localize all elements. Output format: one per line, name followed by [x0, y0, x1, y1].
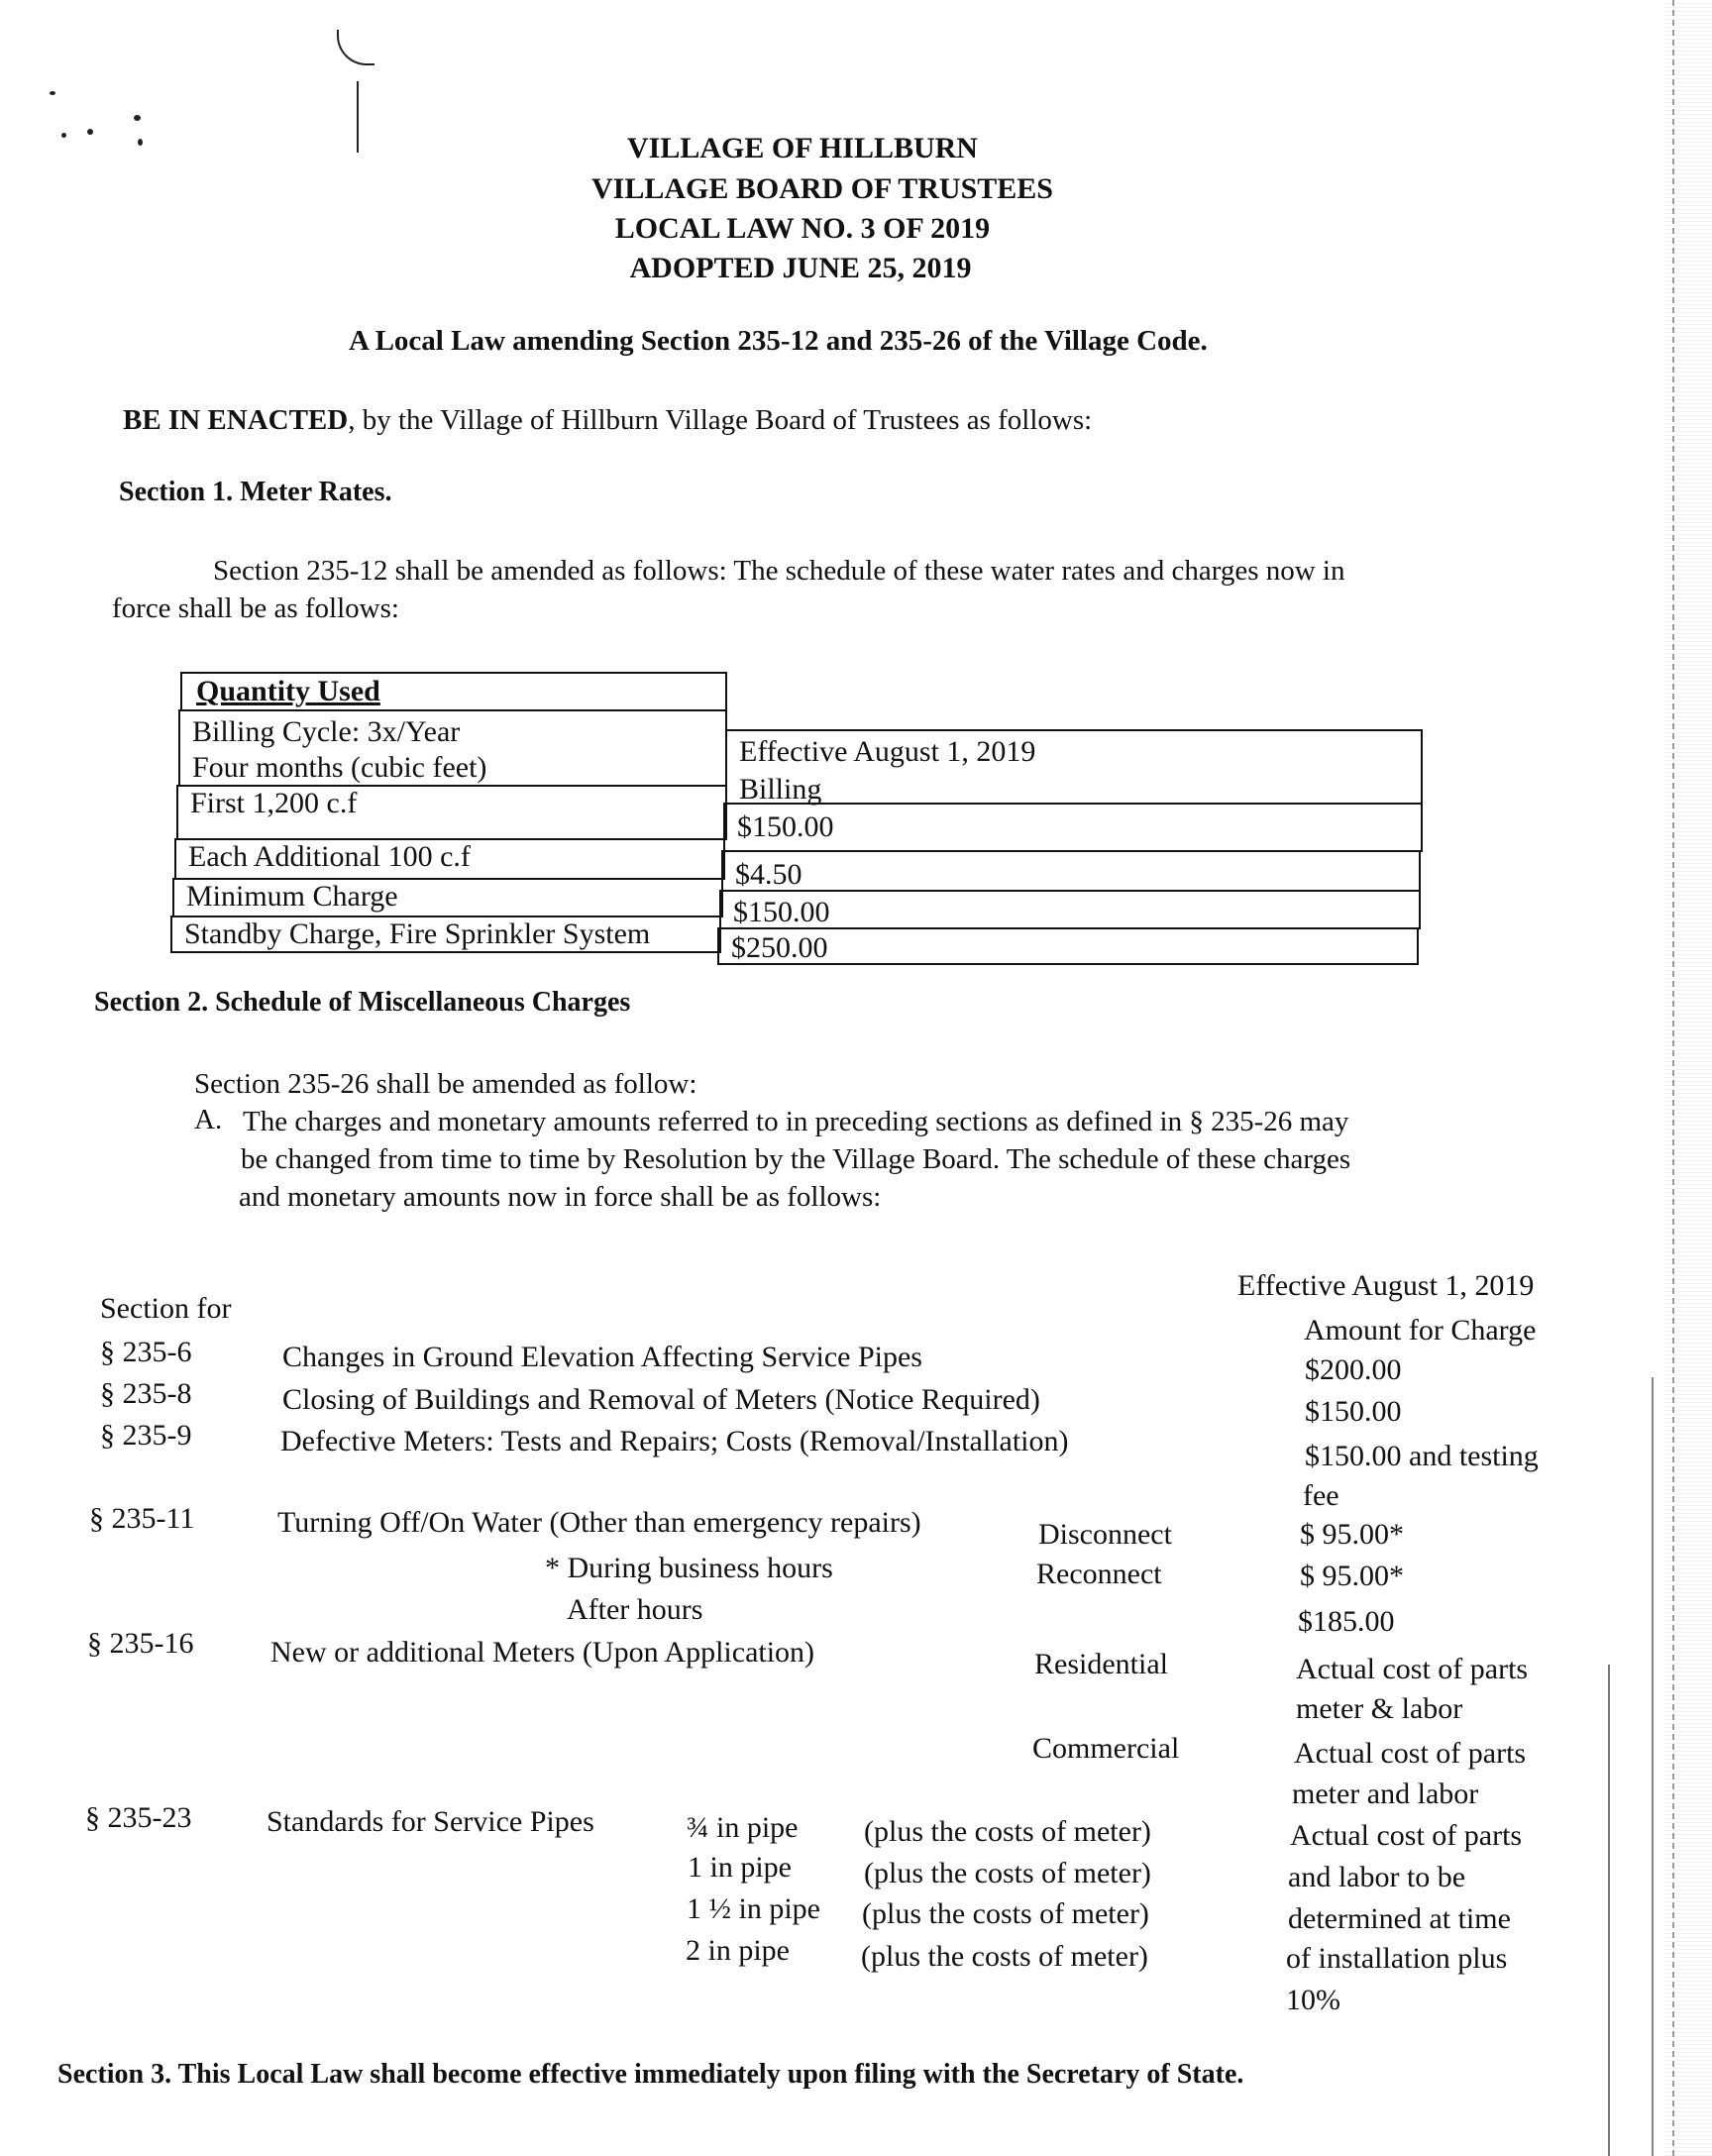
- charge-amount: of installation plus: [1286, 1944, 1507, 1974]
- charge-description: Standards for Service Pipes: [267, 1807, 594, 1837]
- charge-amount: meter and labor: [1292, 1779, 1478, 1809]
- charge-section: § 235-16: [87, 1629, 194, 1659]
- col-effective-header: Effective August 1, 2019: [1237, 1271, 1534, 1301]
- pipe-size: 1 ½ in pipe: [687, 1894, 820, 1924]
- charge-amount: and labor to be: [1288, 1863, 1465, 1892]
- charge-description: Closing of Buildings and Removal of Mete…: [282, 1385, 1040, 1415]
- table-row: Standby Charge, Fire Sprinkler System: [170, 916, 721, 953]
- charge-subnote: After hours: [567, 1595, 702, 1625]
- title-line-3: LOCAL LAW NO. 3 OF 2019: [0, 214, 1645, 244]
- scan-edge-line: [1672, 0, 1674, 2156]
- title-line-4: ADOPTED JUNE 25, 2019: [0, 254, 1643, 283]
- law-subtitle: A Local Law amending Section 235-12 and …: [349, 327, 1208, 356]
- charge-amount: $185.00: [1298, 1607, 1395, 1637]
- charge-description: Defective Meters: Tests and Repairs; Cos…: [280, 1427, 1069, 1456]
- charge-section: § 235-6: [100, 1338, 192, 1367]
- effective-billing-line-1: Effective August 1, 2019: [739, 737, 1035, 767]
- table-row: $150.00: [723, 803, 1423, 852]
- row-label: Minimum Charge: [186, 882, 398, 912]
- table-row: $4.50: [721, 850, 1421, 892]
- row-label: First 1,200 c.f: [190, 789, 357, 818]
- billing-cycle-cell: Billing Cycle: 3x/Year Four months (cubi…: [178, 709, 727, 787]
- charge-section: § 235-9: [100, 1421, 192, 1451]
- charge-amount: determined at time: [1288, 1904, 1511, 1934]
- title-line-1: VILLAGE OF HILLBURN: [0, 134, 1645, 163]
- effective-billing-line-2: Billing: [739, 775, 821, 805]
- billing-cycle-line-1: Billing Cycle: 3x/Year: [192, 717, 460, 747]
- table-row: First 1,200 c.f: [176, 785, 727, 840]
- section-2-heading: Section 2. Schedule of Miscellaneous Cha…: [94, 989, 630, 1017]
- charge-section: § 235-23: [85, 1803, 192, 1833]
- charge-description: Changes in Ground Elevation Affecting Se…: [282, 1343, 922, 1372]
- col-section-header: Section for: [100, 1294, 231, 1324]
- charge-amount: fee: [1303, 1481, 1339, 1511]
- table-row: $250.00: [717, 927, 1419, 965]
- section-2-intro: Section 235-26 shall be amended as follo…: [194, 1070, 696, 1099]
- charge-section: § 235-11: [89, 1504, 194, 1534]
- section-1-paragraph-line-2: force shall be as follows:: [112, 594, 399, 623]
- charge-amount: 10%: [1286, 1986, 1340, 2015]
- pipe-size: ¾ in pipe: [687, 1813, 799, 1843]
- charge-type: Commercial: [1032, 1734, 1179, 1764]
- item-a-line-3: and monetary amounts now in force shall …: [239, 1183, 881, 1212]
- scan-edge-line: [1652, 1377, 1654, 2156]
- item-a-line-1: The charges and monetary amounts referre…: [243, 1108, 1348, 1136]
- row-value: $250.00: [731, 933, 828, 963]
- pipe-note: (plus the costs of meter): [862, 1899, 1149, 1929]
- scan-speck: [50, 91, 55, 95]
- charge-subnote: * During business hours: [545, 1554, 833, 1583]
- charge-amount: Actual cost of parts: [1290, 1821, 1522, 1851]
- scan-speck: [134, 115, 141, 121]
- charge-amount: $150.00 and testing: [1305, 1442, 1539, 1471]
- charge-amount: meter & labor: [1296, 1694, 1462, 1724]
- section-1-heading: Section 1. Meter Rates.: [119, 479, 392, 506]
- enacting-clause-bold: BE IN ENACTED: [123, 404, 348, 436]
- scan-edge-line: [1608, 1665, 1610, 2156]
- pen-mark: [337, 30, 374, 65]
- charge-amount: Actual cost of parts: [1294, 1739, 1526, 1769]
- row-label: Standby Charge, Fire Sprinkler System: [184, 919, 650, 949]
- charge-amount: $ 95.00*: [1300, 1562, 1404, 1591]
- charge-type: Disconnect: [1038, 1520, 1172, 1550]
- table-row: $150.00: [719, 890, 1421, 929]
- enacting-clause: BE IN ENACTED, by the Village of Hillbur…: [123, 406, 1092, 435]
- section-3-text: Section 3. This Local Law shall become e…: [57, 2061, 1243, 2089]
- table-row: Minimum Charge: [172, 878, 723, 917]
- table-header-cell: Quantity Used: [180, 672, 727, 711]
- charge-amount: Actual cost of parts: [1296, 1655, 1528, 1684]
- pipe-note: (plus the costs of meter): [864, 1859, 1151, 1888]
- pipe-size: 2 in pipe: [686, 1936, 790, 1966]
- row-value: $150.00: [737, 812, 834, 842]
- row-label: Each Additional 100 c.f: [188, 842, 471, 872]
- billing-cycle-line-2: Four months (cubic feet): [192, 753, 486, 783]
- row-value: $150.00: [733, 898, 830, 927]
- charge-section: § 235-8: [100, 1379, 192, 1409]
- charge-description: New or additional Meters (Upon Applicati…: [270, 1638, 814, 1668]
- pipe-note: (plus the costs of meter): [861, 1942, 1148, 1972]
- charge-type: Reconnect: [1036, 1560, 1162, 1589]
- quantity-used-header: Quantity Used: [196, 677, 380, 706]
- item-a-line-2: be changed from time to time by Resoluti…: [241, 1145, 1350, 1174]
- item-a-marker: A.: [194, 1106, 222, 1134]
- charge-amount: $200.00: [1305, 1355, 1402, 1385]
- section-1-paragraph-line-1: Section 235-12 shall be amended as follo…: [213, 557, 1344, 586]
- pipe-note: (plus the costs of meter): [864, 1817, 1151, 1847]
- row-value: $4.50: [735, 860, 802, 890]
- table-row: Each Additional 100 c.f: [174, 838, 725, 880]
- enacting-clause-rest: , by the Village of Hillburn Village Boa…: [348, 404, 1092, 436]
- pipe-size: 1 in pipe: [688, 1853, 792, 1883]
- charge-type: Residential: [1034, 1650, 1168, 1679]
- title-line-2: VILLAGE BOARD OF TRUSTEES: [0, 174, 1664, 204]
- charge-description: Turning Off/On Water (Other than emergen…: [277, 1508, 921, 1538]
- col-amount-header: Amount for Charge: [1304, 1316, 1536, 1346]
- charge-amount: $ 95.00*: [1300, 1520, 1404, 1550]
- effective-billing-cell: Effective August 1, 2019 Billing: [725, 729, 1423, 805]
- charge-amount: $150.00: [1305, 1397, 1402, 1427]
